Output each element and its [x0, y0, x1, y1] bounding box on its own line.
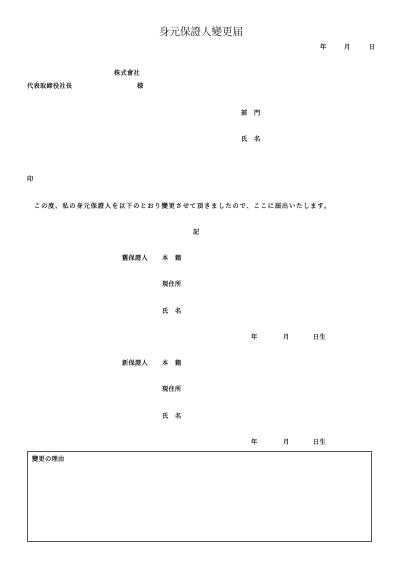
new-birth-year: 年: [251, 440, 258, 446]
new-name-label: 氏 名: [162, 414, 181, 420]
body-text: この度、私の身元保證人を以下のとおり變更させて頂きましたので、ここに屆出いたしま…: [34, 204, 331, 210]
new-birth-day: 日生: [313, 440, 326, 446]
document-title: 身元保證人變更届: [159, 27, 243, 38]
new-domicile-label: 本 籍: [162, 361, 181, 367]
department-label: 部 門: [241, 111, 260, 117]
ki-label: 記: [193, 230, 200, 236]
date-day-label: 日: [369, 45, 376, 51]
seal-mark: 印: [27, 177, 34, 183]
honorific-label: 様: [137, 84, 144, 90]
president-label: 代表取締役社長: [27, 84, 72, 90]
old-birth-year: 年: [251, 335, 258, 341]
new-guarantor-heading: 新保證人: [122, 361, 148, 367]
old-birth-month: 月: [283, 335, 290, 341]
company-label: 株式會社: [114, 71, 140, 77]
date-month-label: 月: [344, 45, 351, 51]
applicant-name-label: 氏 名: [241, 137, 260, 143]
old-birth-day: 日生: [313, 335, 326, 341]
reason-label: 變更の理由: [32, 457, 64, 463]
old-guarantor-heading: 舊保證人: [122, 256, 148, 262]
new-address-label: 現住所: [162, 387, 181, 393]
date-year-label: 年: [320, 45, 327, 51]
reason-box[interactable]: 變更の理由: [27, 451, 372, 542]
old-domicile-label: 本 籍: [162, 256, 181, 262]
old-address-label: 現住所: [162, 282, 181, 288]
new-birth-month: 月: [283, 440, 290, 446]
old-name-label: 氏 名: [162, 309, 181, 315]
